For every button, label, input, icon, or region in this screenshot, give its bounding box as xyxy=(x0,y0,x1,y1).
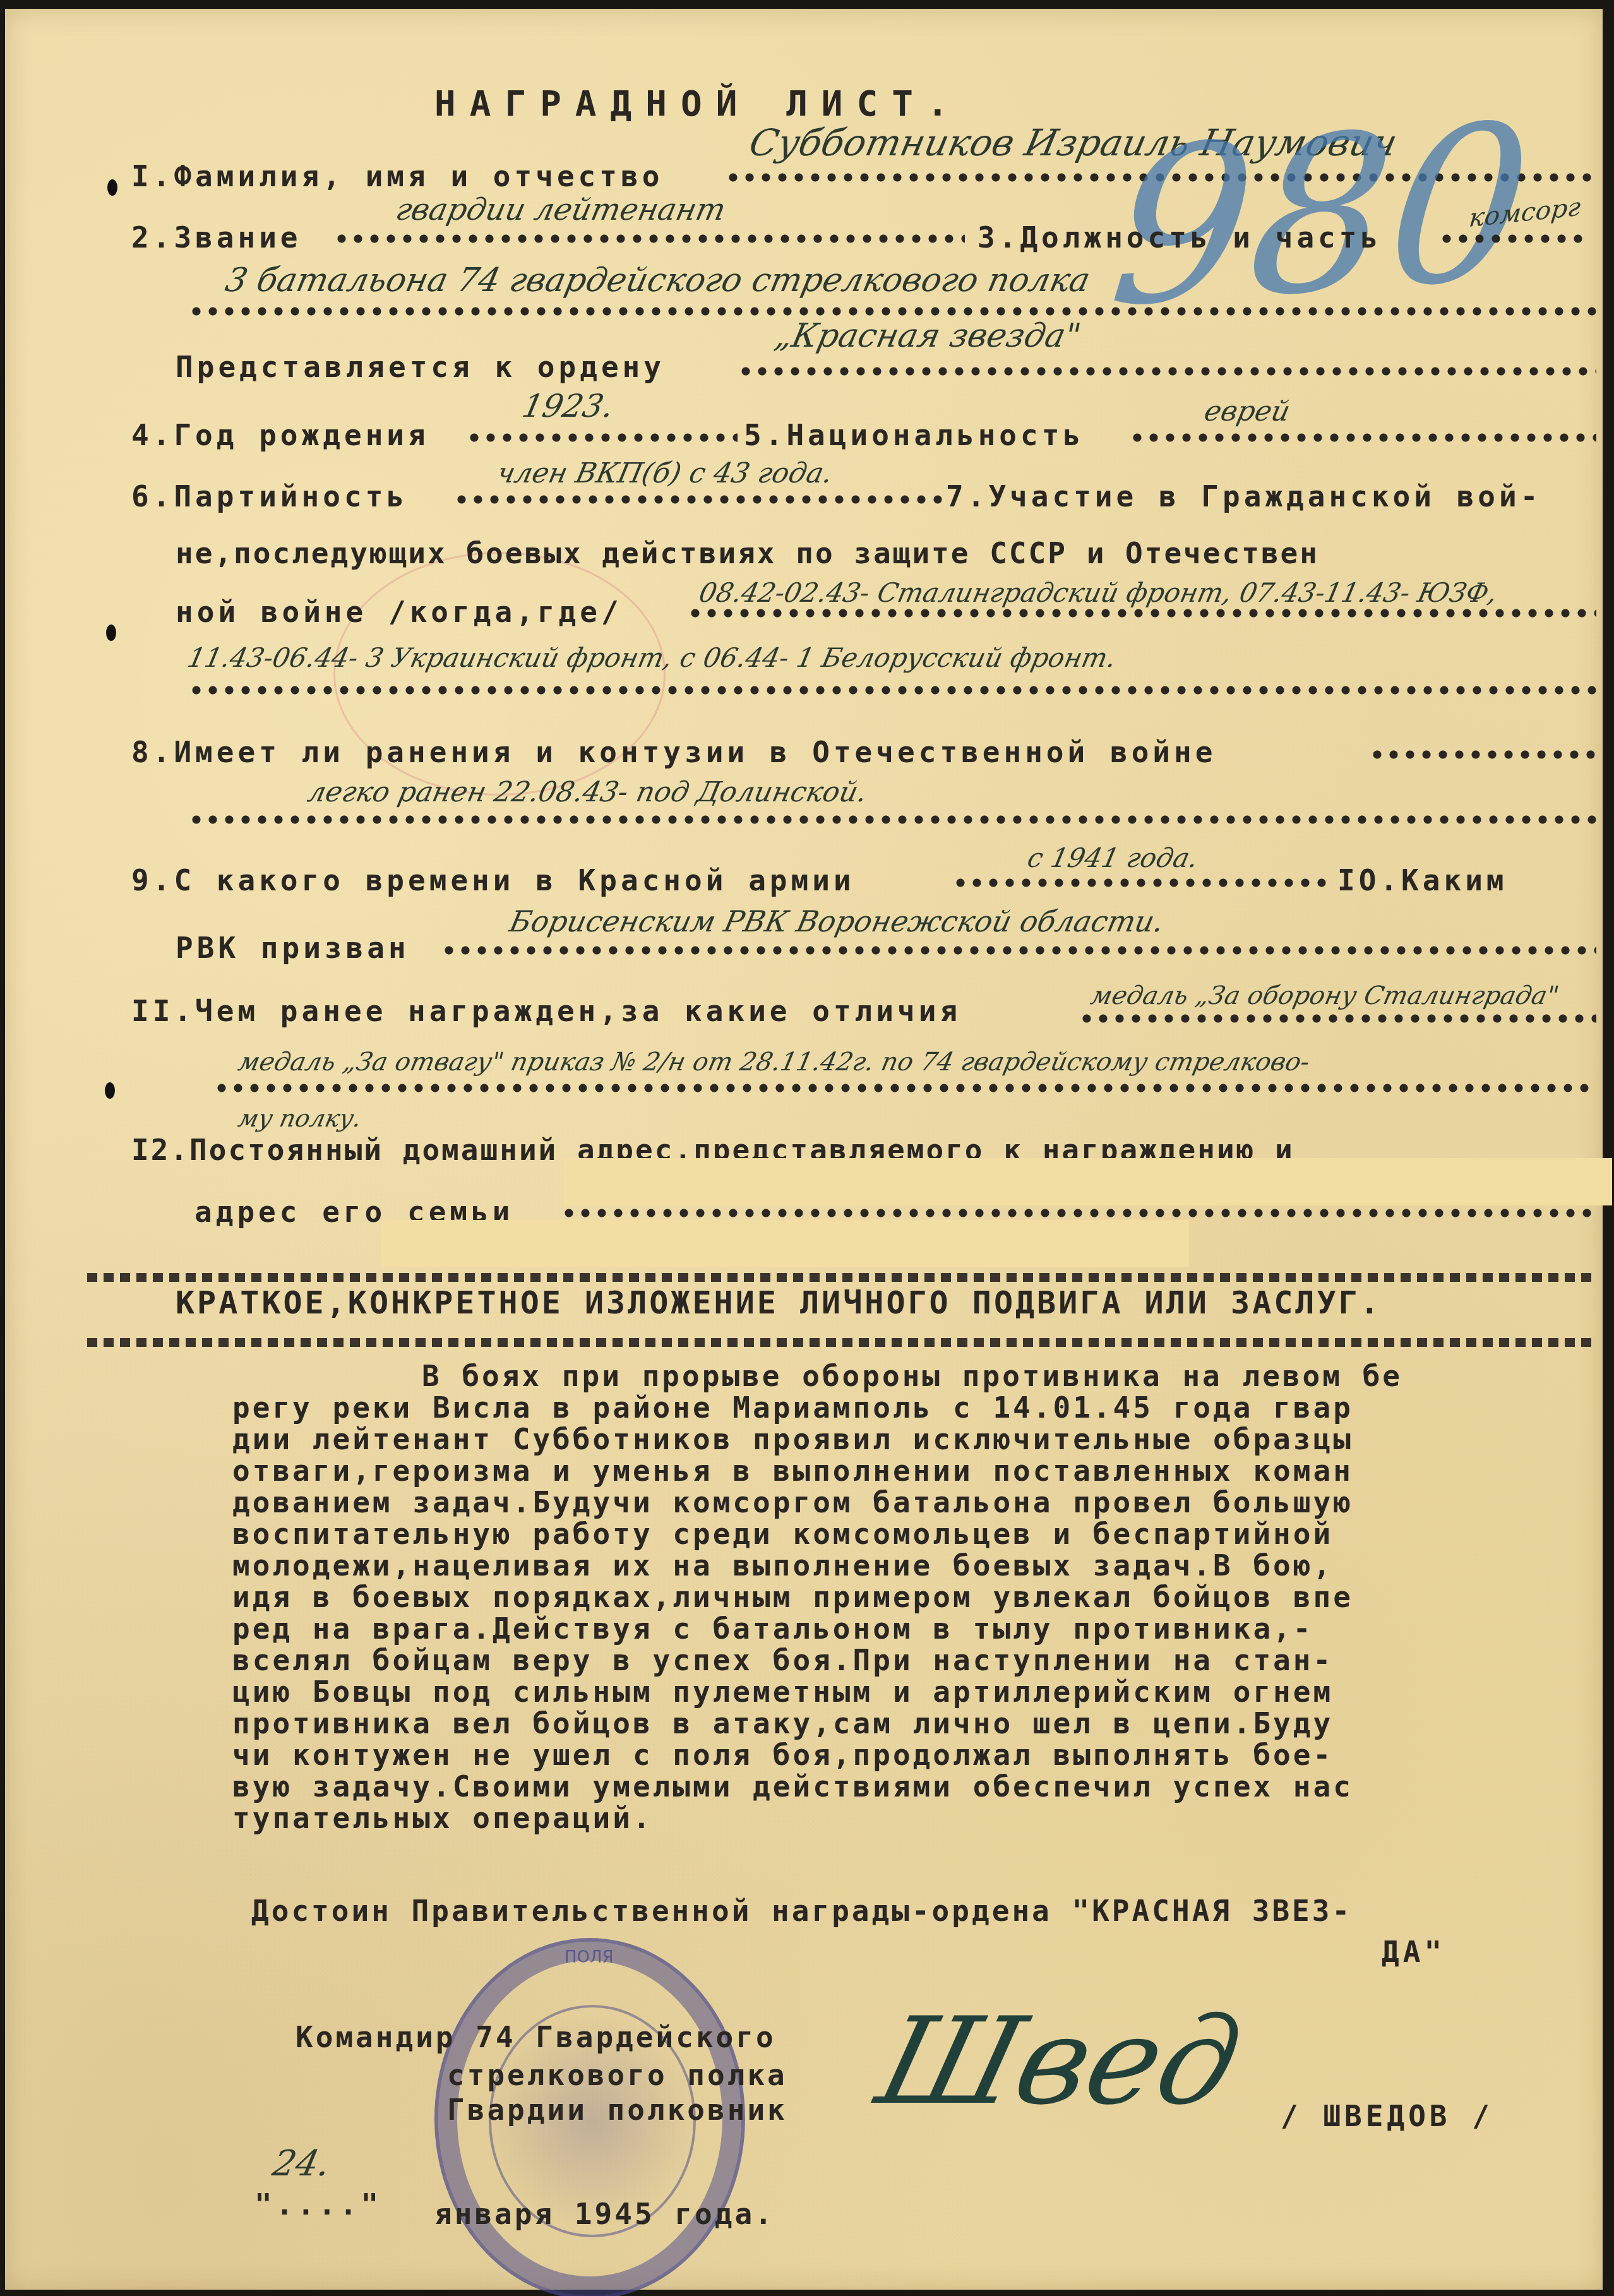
value-order: „Красная звезда" xyxy=(772,317,1084,355)
label-army-since: 9.С какого времени в Красной армии xyxy=(131,863,855,897)
dotted-line xyxy=(1369,749,1596,760)
narrative-line: ред на врага.Действуя с батальоном в тыл… xyxy=(232,1613,1590,1644)
value-party: член ВКП(б) с 43 года. xyxy=(494,457,836,489)
dotted-line xyxy=(333,233,965,244)
award-sheet-page: НАГРАДНОЙ ЛИСТ. I.Фамилия, имя и отчеств… xyxy=(5,9,1603,2290)
redacted-address xyxy=(381,1220,1189,1267)
dotted-line xyxy=(1438,233,1590,244)
label-position-unit: 3.Должность и часть xyxy=(977,220,1382,254)
value-previous-awards-1: медаль „За оборону Сталинграда" xyxy=(1088,981,1562,1010)
dotted-line xyxy=(188,814,1596,825)
dotted-line xyxy=(441,945,1596,956)
commander-signature: Швед xyxy=(865,1992,1253,2131)
narrative-line: В боях при прорыве обороны противника на… xyxy=(422,1360,1614,1392)
label-conscripted-by-2: РВК призван xyxy=(176,931,410,965)
value-previous-awards-3: му полку. xyxy=(236,1104,364,1132)
dotted-line xyxy=(213,1082,1596,1094)
value-previous-awards-2: медаль „За отвагу" приказ № 2/н от 28.11… xyxy=(236,1048,1312,1077)
punch-hole xyxy=(106,625,116,641)
dotted-line xyxy=(1079,1013,1596,1024)
label-wounds: 8.Имеет ли ранения и контузии в Отечеств… xyxy=(131,735,1216,769)
signer-title-2: стрелкового полка xyxy=(447,2058,787,2092)
label-full-name: I.Фамилия, имя и отчество xyxy=(131,159,663,193)
document-title: НАГРАДНОЙ ЛИСТ. xyxy=(434,83,962,124)
redacted-address xyxy=(564,1158,1612,1205)
date-prefix: "...." xyxy=(254,2187,382,2221)
conclusion-line-2: ДА" xyxy=(1382,1935,1445,1969)
label-war-participation-3: ной войне /когда,где/ xyxy=(176,595,623,629)
narrative-line: вую задачу.Своими умелыми действиями обе… xyxy=(232,1771,1590,1802)
value-war-participation-1: 08.42-02.43- Сталинградский фронт, 07.43… xyxy=(696,577,1500,608)
value-nationality: еврей xyxy=(1202,395,1293,428)
value-wounds: легко ранен 22.08.43- под Долинской. xyxy=(305,776,870,808)
label-conscripted-by: IO.Каким xyxy=(1337,863,1508,897)
narrative-line: чи контужен не ушел с поля боя,продолжал… xyxy=(232,1739,1590,1771)
narrative-line: цию Бовцы под сильным пулеметным и артил… xyxy=(232,1676,1590,1707)
value-unit: 3 батальона 74 гвардейского стрелкового … xyxy=(222,261,1094,299)
dotted-line xyxy=(561,1207,1596,1219)
conclusion-line: Достоин Правительственной награды-ордена… xyxy=(251,1894,1352,1928)
label-rank: 2.Звание xyxy=(131,220,302,254)
dotted-line xyxy=(453,494,946,505)
value-army-since: с 1941 года. xyxy=(1025,842,1201,873)
narrative-line: дии лейтенант Субботников проявил исключ… xyxy=(232,1423,1590,1455)
label-party: 6.Партийность xyxy=(131,479,408,513)
punch-hole xyxy=(105,1082,115,1099)
label-previous-awards: II.Чем ранее награжден,за какие отличия xyxy=(131,994,961,1028)
narrative-line: регу реки Висла в районе Мариамполь с 14… xyxy=(232,1392,1590,1423)
label-nationality: 5.Национальность xyxy=(744,418,1084,452)
signer-title-1: Командир 74 Гвардейского xyxy=(296,2020,776,2054)
value-war-participation-2: 11.43-06.44- 3 Украинский фронт, с 06.44… xyxy=(185,642,1119,673)
date-rest: января 1945 года. xyxy=(434,2197,775,2231)
value-birth-year: 1923. xyxy=(519,388,617,424)
dotted-line xyxy=(1129,432,1596,443)
narrative-line: дованием задач.Будучи комсоргом батальон… xyxy=(232,1486,1590,1518)
narrative-line: отваги,героизма и уменья в выполнении по… xyxy=(232,1455,1590,1486)
narrative-line: воспитательную работу среди комсомольцев… xyxy=(232,1518,1590,1550)
date-day: 24. xyxy=(269,2143,334,2184)
dotted-line xyxy=(687,607,1596,619)
label-birth-year: 4.Год рождения xyxy=(131,418,429,452)
dotted-line xyxy=(466,432,738,443)
punch-hole xyxy=(107,179,117,196)
label-war-participation: 7.Участие в Гражданской вой- xyxy=(946,479,1541,513)
narrative-line: идя в боевых порядках,личным примером ув… xyxy=(232,1581,1590,1613)
narrative-line: тупательных операций. xyxy=(232,1802,1590,1834)
narrative-line: молодежи,нацеливая их на выполнение боев… xyxy=(232,1550,1590,1581)
signer-name: / ШВЕДОВ / xyxy=(1281,2099,1493,2133)
label-war-participation-2: не,последующих боевых действиях по защит… xyxy=(176,536,1319,570)
label-order: Представляется к ордену xyxy=(176,350,665,384)
narrative-line: противника вел бойцов в атаку,сам лично … xyxy=(232,1707,1590,1739)
value-conscripted-by: Борисенским РВК Воронежской области. xyxy=(506,904,1167,938)
dotted-line xyxy=(188,306,1596,317)
value-rank: гвардии лейтенант xyxy=(393,192,729,227)
dotted-line xyxy=(738,366,1596,377)
narrative-block: В боях при прорыве обороны противника на… xyxy=(232,1360,1590,1834)
dashed-separator xyxy=(87,1338,1596,1347)
dotted-line xyxy=(188,685,1596,696)
dotted-line xyxy=(952,877,1331,888)
narrative-line: вселял бойцам веру в успех боя.При насту… xyxy=(232,1644,1590,1676)
dashed-separator xyxy=(87,1273,1596,1282)
signer-title-3: Гвардии полковник xyxy=(447,2093,787,2127)
section-heading: КРАТКОЕ,КОНКРЕТНОЕ ИЗЛОЖЕНИЕ ЛИЧНОГО ПОД… xyxy=(176,1284,1382,1321)
seal-text: ПОЛЯ xyxy=(565,1948,614,1967)
